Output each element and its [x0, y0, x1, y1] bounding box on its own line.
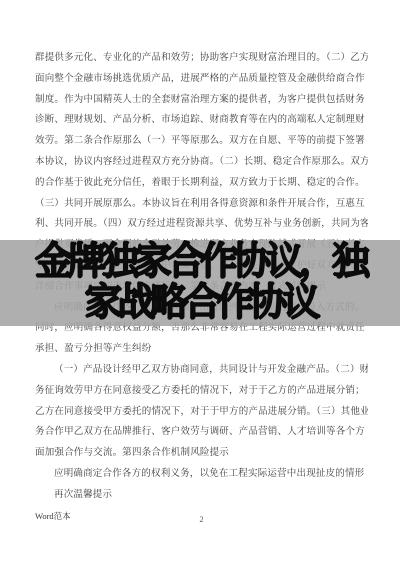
title-banner-overlay: 金牌独家合作协议，独 家战略合作协议 [0, 240, 400, 326]
text-line: 利、共同开展。（四）双方经过进程资源共享、优势互补与业务创新，共同为客 [35, 214, 368, 235]
footer-page-number: 2 [35, 514, 368, 524]
text-line: 务征询效劳甲方在同意接受乙方委托的情况下，对于于乙方的产品进展分销； [35, 381, 368, 402]
text-line: （一）产品设计经甲乙双方协商同意，共同设计与开发金融产品。（二）财 [35, 360, 368, 381]
text-line: 面向整个金融市场挑选优质产品，进展严格的产品质量控管及金融供给商合作 [35, 69, 368, 90]
document-page: 群提供多元化、专业化的产品和效劳；协助客户实现财富治理目的。（二）乙方面向整个金… [0, 0, 400, 566]
text-line: 乙方在同意接受甲方委托的情况下，对于于甲方的产品进展分销。（三）其他业 [35, 402, 368, 423]
banner-title-line1: 金牌独家合作协议，独 [0, 242, 400, 283]
text-line: 的合作基于彼此充分信任，着眼于长期利益，双方致力于长期、稳定的合作。 [35, 173, 368, 194]
text-line: 再次温馨提示 [35, 485, 368, 506]
text-line: （三）共同开展原那么。本协议旨在利用各得意资源和条件开展合作，互惠互 [35, 194, 368, 215]
text-line: 承担、盈亏分担等产生纠纷 [35, 339, 368, 360]
text-line: 应明确商定合作各方的权利义务，以免在工程实际运营中出现扯皮的情形 [35, 464, 368, 485]
page-footer: Word范本 2 [35, 510, 368, 524]
text-line: 本协议，协议内容经过进程双方充分协商。（二）长期、稳定合作原那么。双方 [35, 152, 368, 173]
text-line: 效劳。第二条合作原那么（一）平等原那么。双方在自愿、平等的前提下签署 [35, 131, 368, 152]
text-line: 面加强合作与交流。第四条合作机制风险提示 [35, 443, 368, 464]
text-line: 诊断、理财规划、产品分析、市场追踪、财商教育等在内的高端私人定制理财 [35, 110, 368, 131]
text-line: 务合作甲乙双方在品牌推行、客户效劳与调研、产品营销、人才培训等各个方 [35, 422, 368, 443]
banner-title-line2: 家战略合作协议 [0, 283, 400, 324]
text-line: 群提供多元化、专业化的产品和效劳；协助客户实现财富治理目的。（二）乙方 [35, 48, 368, 69]
text-line: 制度。作为中国精英人士的全套财富治理方案的提供者，为客户提供包括财务 [35, 90, 368, 111]
